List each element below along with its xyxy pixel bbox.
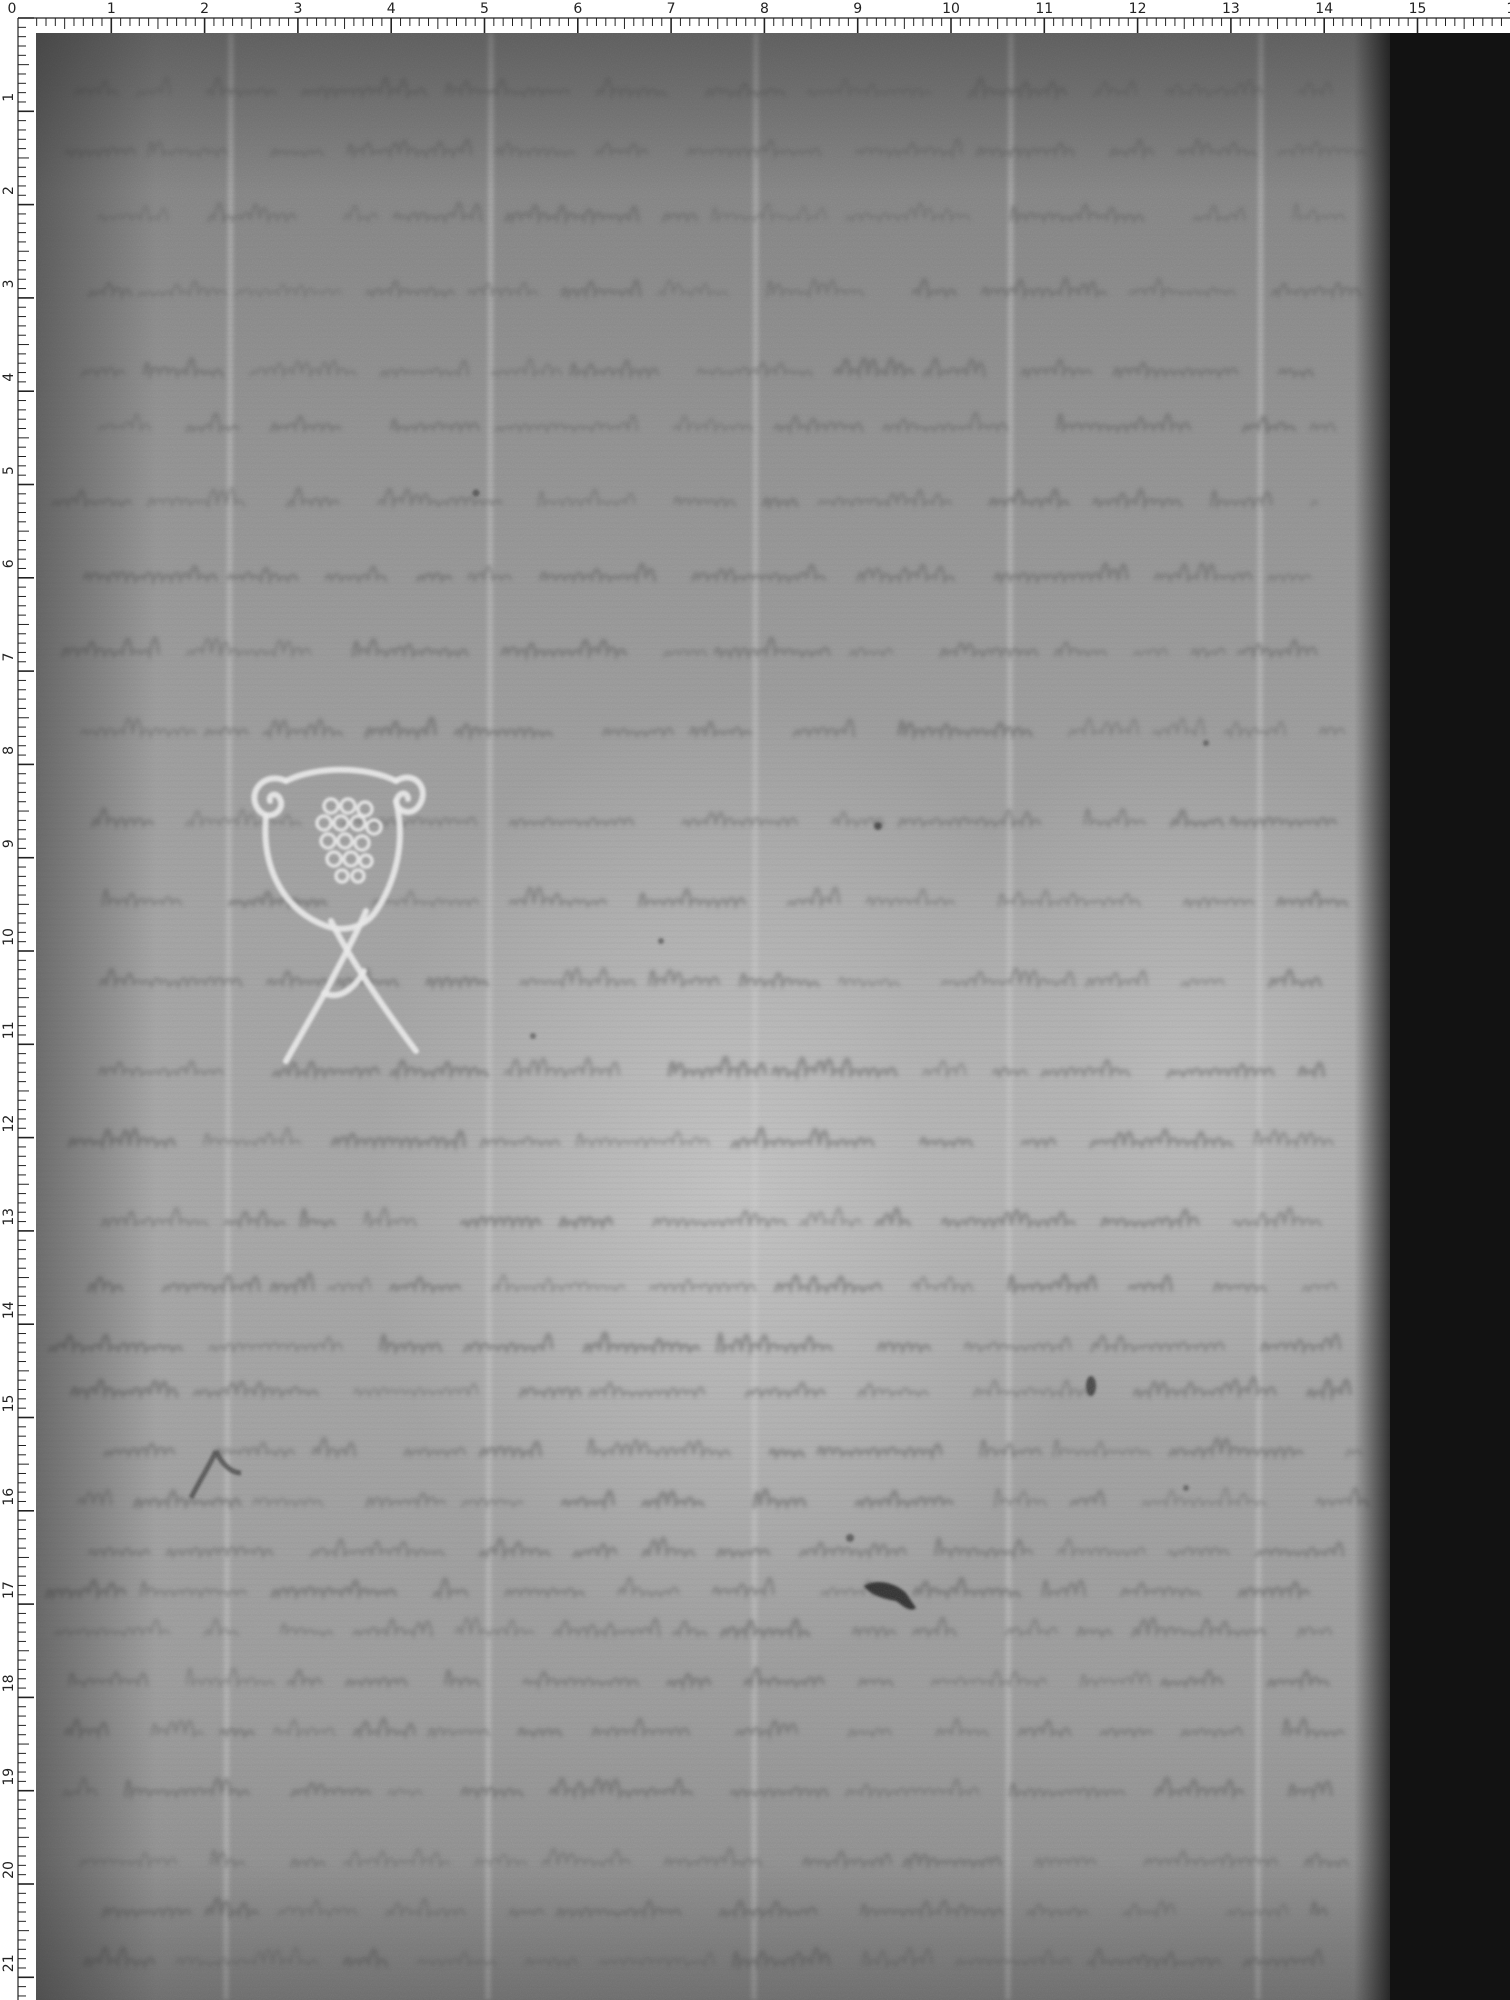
top-ruler-label: 13: [1222, 1, 1240, 17]
left-ruler-label: 20: [1, 1861, 17, 1879]
dark-border-strip: [1390, 33, 1510, 2000]
top-ruler-label: 5: [480, 1, 489, 17]
top-ruler-label: 12: [1129, 1, 1147, 17]
top-ruler-label: 8: [760, 1, 769, 17]
left-ruler-label: 5: [1, 466, 17, 475]
left-ruler-label: 6: [1, 559, 17, 568]
top-ruler-label: 7: [667, 1, 676, 17]
left-ruler-label: 17: [1, 1581, 17, 1599]
left-ruler-label: 1: [1, 93, 17, 102]
left-ruler-label: 10: [1, 928, 17, 946]
left-ruler-label: 7: [1, 653, 17, 662]
left-ruler-label: 14: [1, 1301, 17, 1319]
top-ruler-label: 15: [1409, 1, 1427, 17]
top-ruler-label: 6: [573, 1, 582, 17]
left-ruler-label: 13: [1, 1208, 17, 1226]
top-ruler-scale: 01234567891011121314151: [0, 0, 1510, 34]
manuscript-scan: grape bunch on crossed stems illegible f…: [36, 33, 1510, 2000]
top-ruler-label: 4: [387, 1, 396, 17]
top-ruler-label: 1: [107, 1, 116, 17]
top-ruler-label: 1: [1506, 1, 1510, 17]
left-ruler-label: 8: [1, 746, 17, 755]
top-ruler-label: 10: [942, 1, 960, 17]
top-ruler-label: 3: [293, 1, 302, 17]
left-ruler-label: 4: [1, 373, 17, 382]
top-ruler-label: 14: [1315, 1, 1333, 17]
left-ruler-label: 12: [1, 1115, 17, 1133]
left-ruler-label: 0: [8, 1, 17, 17]
top-ruler-label: 9: [853, 1, 862, 17]
left-ruler-label: 19: [1, 1768, 17, 1786]
top-ruler-label: 11: [1035, 1, 1053, 17]
left-ruler: 0123456789101112131415161718192021: [0, 0, 34, 2000]
left-ruler-scale: 0123456789101112131415161718192021: [0, 0, 34, 2000]
left-ruler-label: 3: [1, 279, 17, 288]
top-ruler-label: 2: [200, 1, 209, 17]
left-ruler-label: 16: [1, 1488, 17, 1506]
left-ruler-label: 9: [1, 839, 17, 848]
left-ruler-label: 15: [1, 1395, 17, 1413]
vignette: [36, 33, 1510, 2000]
left-ruler-label: 18: [1, 1674, 17, 1692]
left-ruler-label: 11: [1, 1021, 17, 1039]
top-ruler: 01234567891011121314151: [0, 0, 1510, 34]
left-ruler-label: 21: [1, 1954, 17, 1972]
left-ruler-label: 2: [1, 186, 17, 195]
